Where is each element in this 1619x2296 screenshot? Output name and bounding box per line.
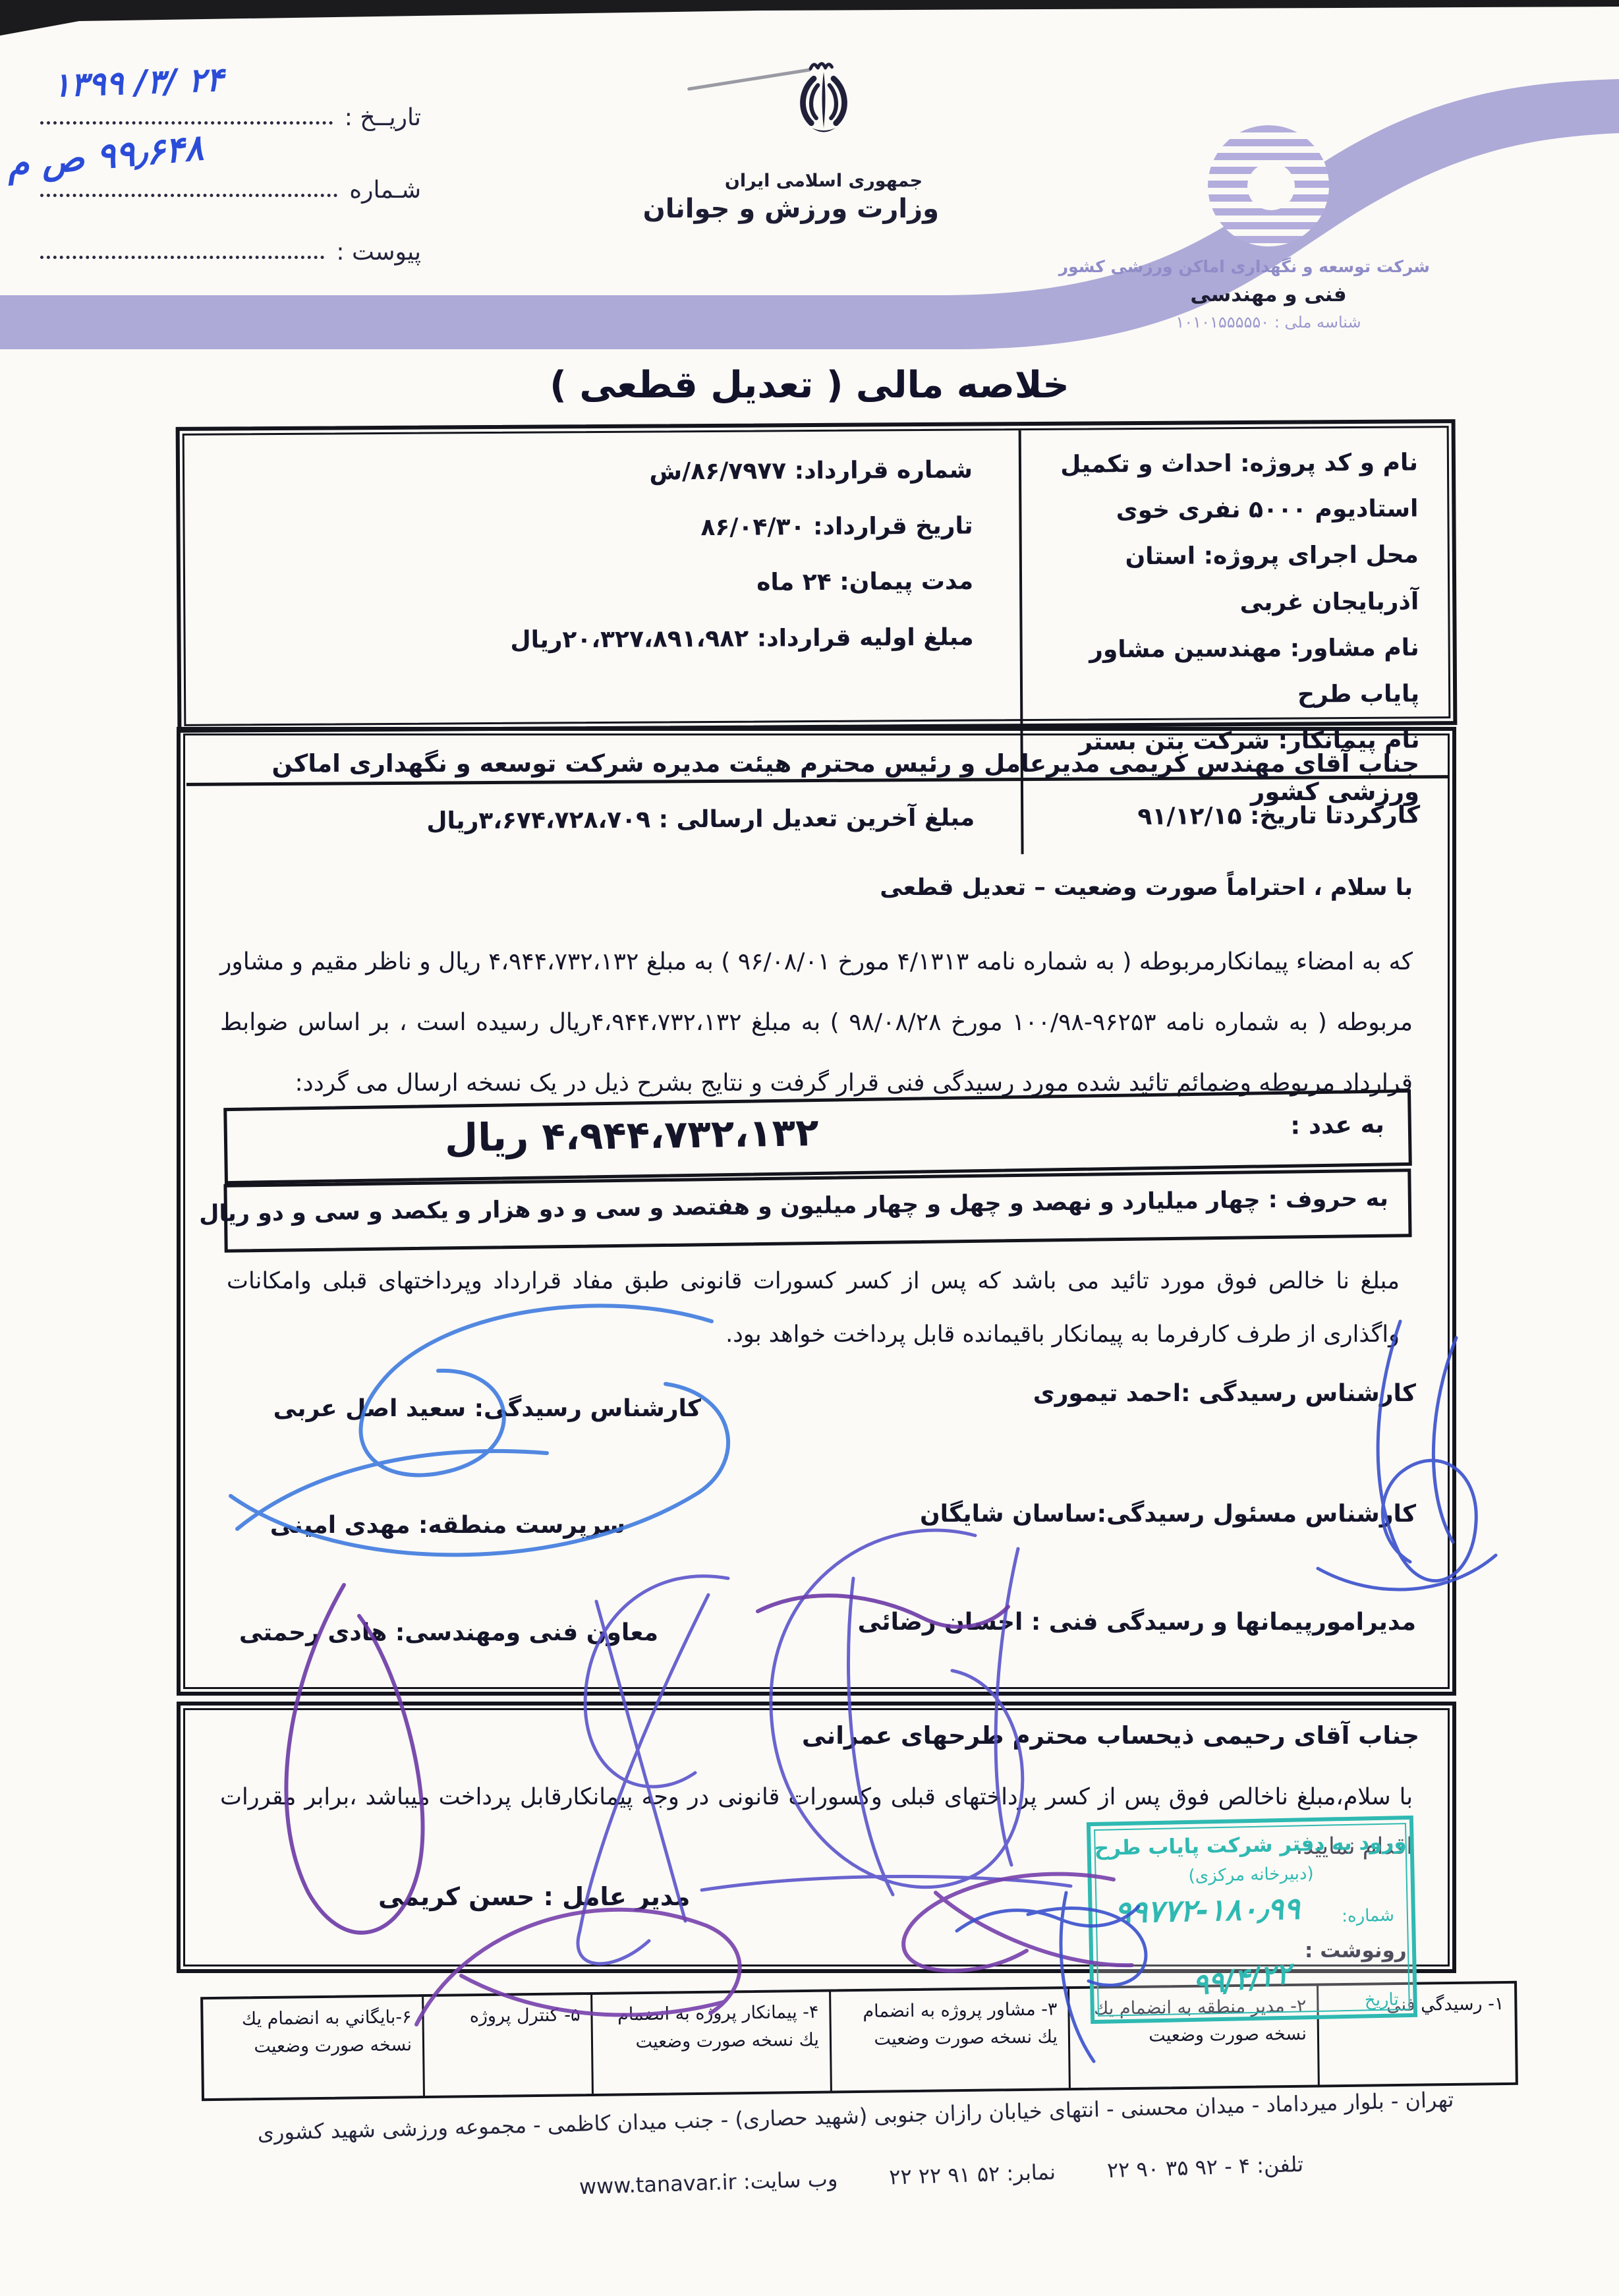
contract-info-grid: نام و کد پروژه: احداث و تکمیل استادیوم ۵…	[185, 428, 1449, 724]
amount-in-words-box: به حروف : چهار میلیارد و نهصد و چهل و چه…	[223, 1168, 1411, 1253]
handwritten-date: ۱۳۹۹ /۳/ ۲۴	[52, 60, 224, 104]
amount-words: به حروف : چهار میلیارد و نهصد و چهل و چه…	[199, 1186, 1388, 1228]
contract-date: تاریخ قرارداد: ۸۶/۰۴/۳۰	[213, 498, 973, 559]
attachment-row: پیوست :	[36, 236, 425, 266]
scan-edge-artifact	[0, 0, 1619, 40]
country-name: جمهوری اسلامی ایران	[708, 171, 939, 191]
registry-stamp: ورود به دفتر شرکت پایاب طرح (دبیرخانه مر…	[1087, 1816, 1417, 2024]
stamp-date-handwritten: ۹۹/۴/۲۲	[1191, 1957, 1293, 2002]
letter-salutation: با سلام ، احتراماً صورت وضعیت – تعدیل قط…	[880, 875, 1413, 901]
contract-number: شماره قرارداد: ۸۶/۷۹۷۷/ش	[213, 443, 973, 503]
ceo-signature-label: مدیر عامل : حسن کریمی	[378, 1882, 690, 1911]
ministry-block: جمهوری اسلامی ایران وزارت ورزش و جوانان	[708, 58, 939, 224]
document-title: خلاصه مالی ( تعدیل قطعی )	[0, 364, 1619, 407]
date-row: تاریــخ :	[36, 101, 425, 131]
confirmation-paragraph: مبلغ نا خالص فوق مورد تائید می باشد که پ…	[227, 1255, 1400, 1361]
scanned-letter-page: تاریــخ : شـماره پیوست : ۱۳۹۹ /۳/ ۲۴ ۹۹٫…	[0, 0, 1619, 2296]
copy-item-4: ۴- پیمانكار پروژه به انضمام یك نسخه صورت…	[590, 1992, 830, 2094]
letter-addressee: جناب آقای مهندس کریمی مدیرعامل و رئیس مح…	[181, 749, 1419, 806]
copy-item-5: ۵- كنترل پروژه	[422, 1995, 592, 2096]
copy-item-6: ۶-بایگاني به انضمام یك نسخه صورت وضعیت	[203, 1997, 423, 2098]
iran-emblem-icon	[774, 58, 873, 167]
accountant-addressee: جناب آقای رحیمی ذیحساب محترم طرحهای عمرا…	[802, 1721, 1419, 1750]
amount-label: به عدد :	[1290, 1110, 1384, 1139]
amount-value: ۴،۹۴۴،۷۳۲،۱۳۲ ریال	[444, 1110, 819, 1161]
signatory-contracts-director: مدیرامورپیمانها و رسیدگی فنی : احسان رضا…	[858, 1609, 1416, 1636]
signatory-district-head: سرپرست منطقه: مهدی امینی	[270, 1512, 625, 1539]
footer-fax: نمابر: ۵۲ ۹۱ ۲۲ ۲۲	[889, 2160, 1056, 2190]
date-label: تاریــخ :	[345, 104, 425, 131]
consultant-name: نام مشاور: مهندسین مشاور پایاب طرح	[1051, 625, 1419, 720]
signatory-expert-left: کارشناس رسیدگی: سعید اصل عربی	[273, 1395, 701, 1422]
company-division: فنی و مهندسی	[1107, 283, 1430, 306]
stamp-subtitle: (دبیرخانه مرکزی)	[1091, 1862, 1411, 1888]
date-dotted-line	[40, 101, 333, 125]
salutation-text: با سلام ، احتراماً صورت وضعیت –	[1034, 875, 1413, 901]
stamp-number-label: شماره:	[1342, 1905, 1394, 1926]
copy-item-3: ۳- مشاور پروژه به انضمام یك نسخه صورت وض…	[829, 1989, 1069, 2090]
contract-duration: مدت پیمان: ۲۴ ماه	[214, 554, 973, 615]
company-national-id: شناسه ملی : ۱۰۱۰۱۵۵۵۵۵۰	[1107, 313, 1430, 331]
footer-contacts: تلفن: ۴ - ۹۲ ۳۵ ۹۰ ۲۲ نمابر: ۵۲ ۹۱ ۲۲ ۲۲…	[395, 2146, 1487, 2205]
letter-body: که به امضاء پیمانکارمربوطه ( به شماره نا…	[220, 932, 1413, 1113]
attachment-label: پیوست :	[336, 239, 425, 266]
number-label: شـماره	[349, 177, 425, 204]
company-logo-icon	[1208, 125, 1329, 246]
number-row: شـماره	[36, 174, 425, 204]
project-info-cell: نام و کد پروژه: احداث و تکمیل استادیوم ۵…	[1019, 428, 1449, 778]
company-block: شرکت توسعه و نگهداری اماکن ورزشی کشور فن…	[1107, 79, 1430, 331]
contract-initial-amount: مبلغ اولیه قرارداد: ۲۰،۳۲۷،۸۹۱،۹۸۲ریال	[214, 610, 973, 670]
stamp-date-label: تاریخ	[1365, 1990, 1399, 2010]
footer-phone: تلفن: ۴ - ۹۲ ۳۵ ۹۰ ۲۲	[1106, 2152, 1303, 2183]
stamp-number-handwritten: ۹۹۷۷۲-۱۸۰٫۹۹	[1114, 1890, 1300, 1930]
signatory-expert-right: کارشناس رسیدگی :احمد تیموری	[1033, 1380, 1416, 1407]
ministry-name: وزارت ورزش و جوانان	[708, 194, 939, 224]
salutation-bold-text: تعدیل قطعی	[880, 875, 1026, 901]
company-name: شرکت توسعه و نگهداری اماکن ورزشی کشور	[1107, 257, 1430, 276]
stamp-title: ورود به دفتر شرکت پایاب طرح	[1091, 1830, 1410, 1860]
attachment-dotted-line	[40, 236, 324, 259]
signatory-senior-expert: کارشناس مسئول رسیدگی:ساسان شایگان	[920, 1501, 1416, 1528]
main-letter-box: جناب آقای مهندس کریمی مدیرعامل و رئیس مح…	[177, 727, 1456, 1696]
footer-website: وب سایت: www.tanavar.ir	[579, 2166, 838, 2199]
signatory-deputy-technical: معاون فنی ومهندسی: هادی رحمتی	[239, 1619, 658, 1646]
project-location: محل اجرای پروژه: استان آذربایجان غربی	[1051, 532, 1419, 627]
project-name: نام و کد پروژه: احداث و تکمیل استادیوم ۵…	[1050, 440, 1419, 534]
contract-info-table: نام و کد پروژه: احداث و تکمیل استادیوم ۵…	[176, 419, 1458, 733]
